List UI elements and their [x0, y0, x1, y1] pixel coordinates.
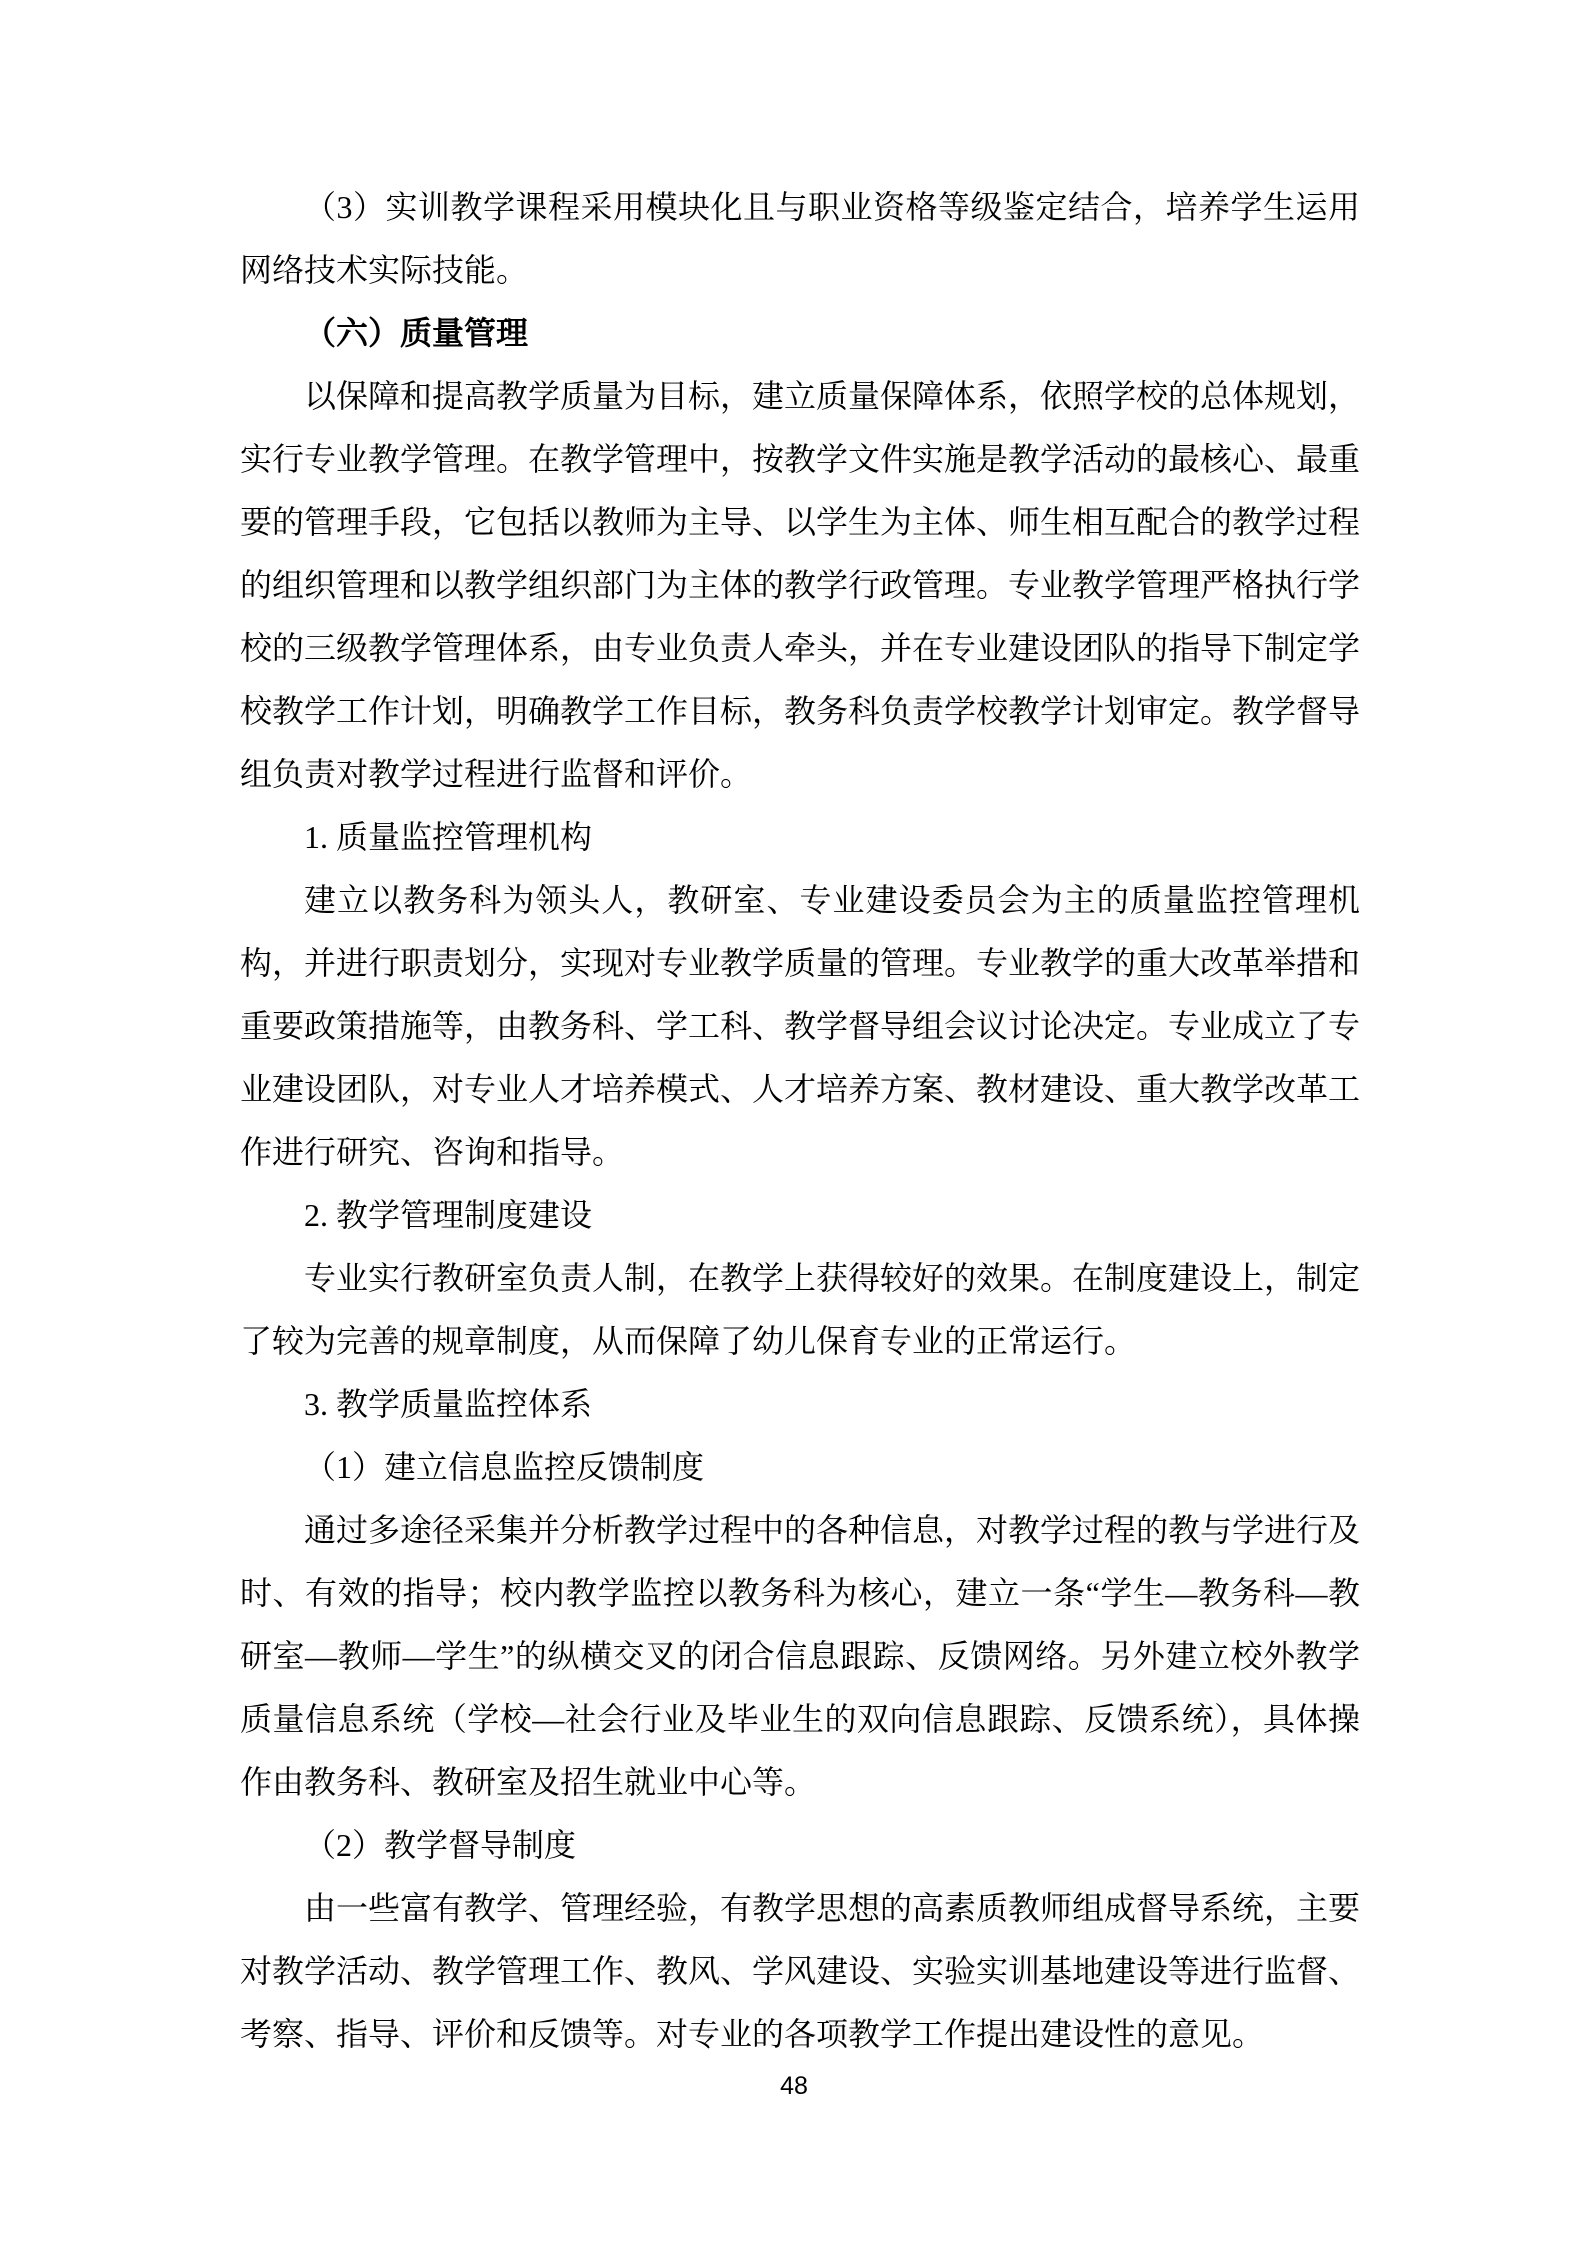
document-body: （3）实训教学课程采用模块化且与职业资格等级鉴定结合，培养学生运用网络技术实际技… [240, 176, 1360, 2066]
paragraph-information-feedback: 通过多途径采集并分析教学过程中的各种信息，对教学过程的教与学进行及时、有效的指导… [240, 1499, 1360, 1814]
paragraph-item-3: （3）实训教学课程采用模块化且与职业资格等级鉴定结合，培养学生运用网络技术实际技… [240, 176, 1360, 302]
subheading-3-2-supervision-system: （2）教学督导制度 [240, 1814, 1360, 1877]
paragraph-supervision-system: 由一些富有教学、管理经验，有教学思想的高素质教师组成督导系统，主要对教学活动、教… [240, 1877, 1360, 2066]
page-number: 48 [0, 2072, 1588, 2101]
paragraph-management-system: 专业实行教研室负责人制，在教学上获得较好的效果。在制度建设上，制定了较为完善的规… [240, 1247, 1360, 1373]
subheading-3-1-information-feedback: （1）建立信息监控反馈制度 [240, 1436, 1360, 1499]
section-heading-quality-management: （六）质量管理 [240, 302, 1360, 365]
paragraph-monitoring-organization: 建立以教务科为领头人，教研室、专业建设委员会为主的质量监控管理机构，并进行职责划… [240, 869, 1360, 1184]
subheading-1-monitoring-organization: 1. 质量监控管理机构 [240, 806, 1360, 869]
subheading-2-management-system: 2. 教学管理制度建设 [240, 1184, 1360, 1247]
document-page: （3）实训教学课程采用模块化且与职业资格等级鉴定结合，培养学生运用网络技术实际技… [0, 0, 1588, 2245]
paragraph-quality-overview: 以保障和提高教学质量为目标，建立质量保障体系，依照学校的总体规划，实行专业教学管… [240, 365, 1360, 806]
subheading-3-quality-monitoring-system: 3. 教学质量监控体系 [240, 1373, 1360, 1436]
